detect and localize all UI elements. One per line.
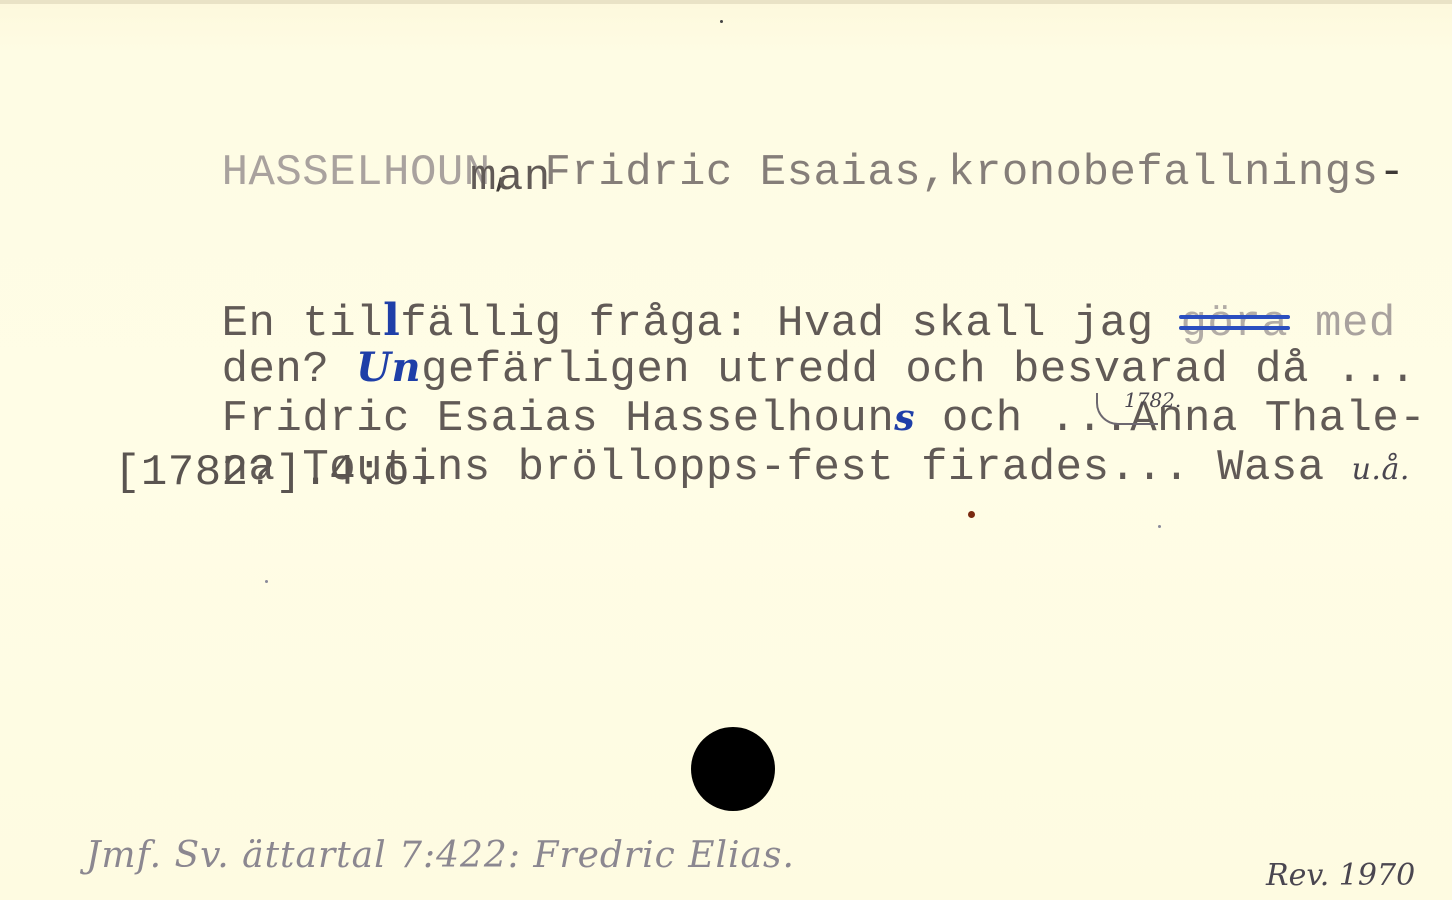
card-heading: HASSELHOUN, Fridric Esaias,kronobefallni… xyxy=(114,107,1405,239)
ink-speck xyxy=(968,511,975,518)
heading-continuation: man xyxy=(470,156,551,200)
footer-reference-note: Jmf. Sv. ättartal 7:422: Fredric Elias. xyxy=(86,835,795,876)
ink-speck xyxy=(720,20,723,23)
ink-speck xyxy=(265,580,268,583)
heading-given-names: Fridric Esaias,kronobefallnings xyxy=(544,148,1378,198)
heading-hyphen: - xyxy=(1379,148,1406,198)
heading-surname: HASSELHOUN xyxy=(222,148,491,198)
body-line-5: [1782?].4:o. xyxy=(114,451,437,495)
punch-hole xyxy=(691,727,775,811)
margin-annotation-year: 1782. xyxy=(1124,388,1181,412)
handwritten-ua: u.å. xyxy=(1352,452,1410,487)
ink-speck xyxy=(1158,525,1161,528)
catalog-card: HASSELHOUN, Fridric Esaias,kronobefallni… xyxy=(0,0,1452,900)
revision-note: Rev. 1970 xyxy=(1266,858,1415,893)
